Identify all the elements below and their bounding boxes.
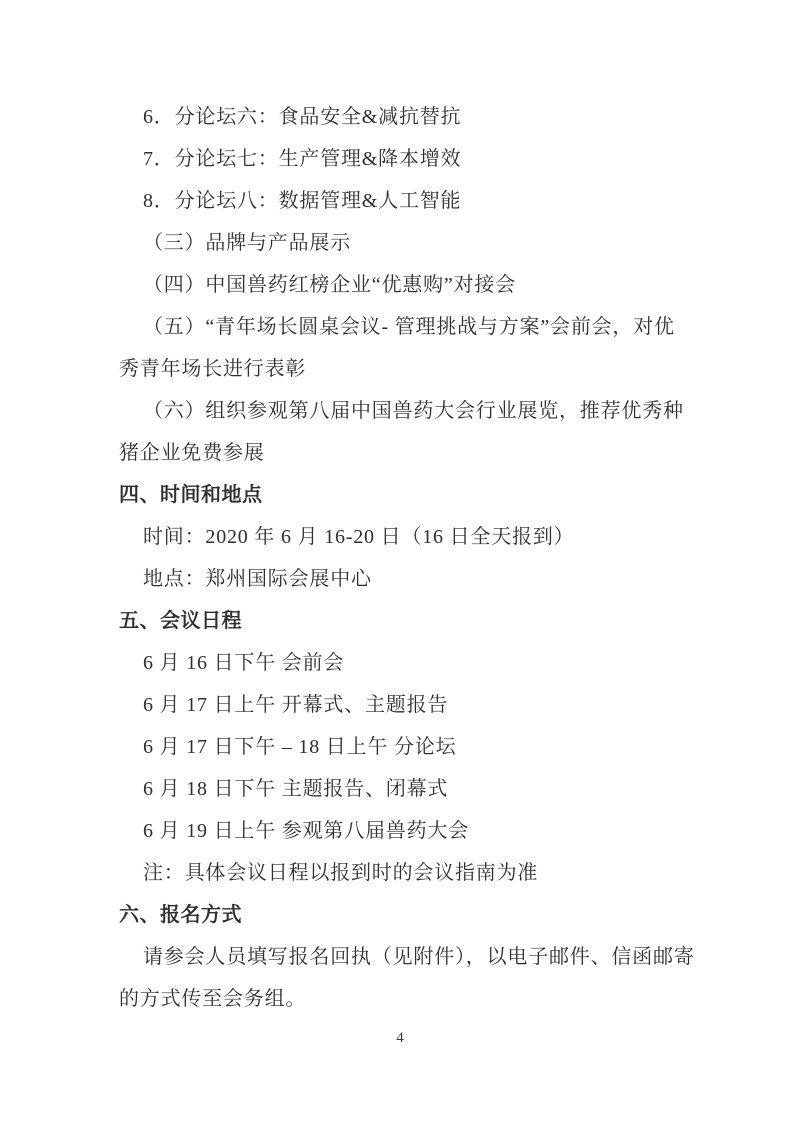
text-line: （五）“青年场长圆桌会议- 管理挑战与方案”会前会，对优 [119, 306, 699, 348]
section-heading: 四、时间和地点 [119, 474, 699, 516]
document-body: 6．分论坛六：食品安全&减抗替抗7．分论坛七：生产管理&降本增效8．分论坛八：数… [119, 96, 699, 1020]
text-line: 地点：郑州国际会展中心 [119, 558, 699, 600]
page-number: 4 [0, 1026, 800, 1050]
text-line: 秀青年场长进行表彰 [119, 348, 699, 390]
text-line: （四）中国兽药红榜企业“优惠购”对接会 [119, 264, 699, 306]
text-line: 7．分论坛七：生产管理&降本增效 [119, 138, 699, 180]
text-line: 6 月 17 日下午 – 18 日上午 分论坛 [119, 726, 699, 768]
text-line: 注：具体会议日程以报到时的会议指南为准 [119, 852, 699, 894]
section-heading: 五、会议日程 [119, 600, 699, 642]
text-line: 6．分论坛六：食品安全&减抗替抗 [119, 96, 699, 138]
text-line: 6 月 16 日下午 会前会 [119, 642, 699, 684]
text-line: （三）品牌与产品展示 [119, 222, 699, 264]
text-line: 6 月 18 日下午 主题报告、闭幕式 [119, 768, 699, 810]
text-line: 8．分论坛八：数据管理&人工智能 [119, 180, 699, 222]
text-line: 6 月 17 日上午 开幕式、主题报告 [119, 684, 699, 726]
text-line: 猪企业免费参展 [119, 432, 699, 474]
text-line: 时间：2020 年 6 月 16-20 日（16 日全天报到） [119, 516, 699, 558]
section-heading: 六、报名方式 [119, 894, 699, 936]
document-page: 6．分论坛六：食品安全&减抗替抗7．分论坛七：生产管理&降本增效8．分论坛八：数… [0, 0, 800, 1131]
text-line: （六）组织参观第八届中国兽药大会行业展览，推荐优秀种 [119, 390, 699, 432]
text-line: 的方式传至会务组。 [119, 978, 699, 1020]
text-line: 6 月 19 日上午 参观第八届兽药大会 [119, 810, 699, 852]
text-line: 请参会人员填写报名回执（见附件），以电子邮件、信函邮寄 [119, 936, 699, 978]
